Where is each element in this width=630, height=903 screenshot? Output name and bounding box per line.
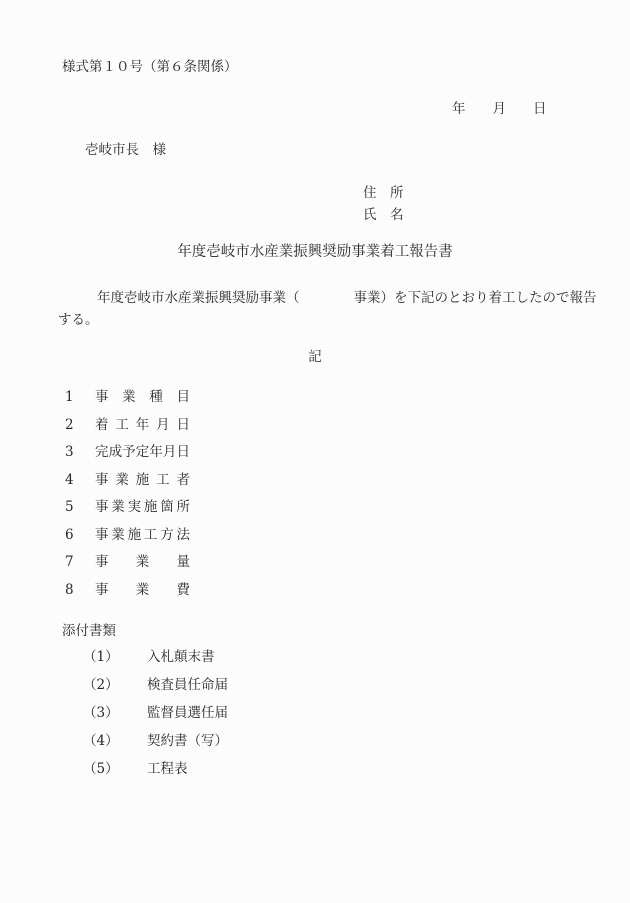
item-label: 事業実施箇所 [95, 498, 190, 516]
document-title: 年度壱岐市水産業振興奨励事業着工報告書 [0, 243, 630, 261]
form-number: 様式第１０号（第６条関係） [62, 58, 238, 76]
attachment-label: 契約書（写） [147, 732, 228, 750]
address-label: 住 所 [363, 184, 404, 202]
attachment-label: 入札顛末書 [147, 648, 215, 666]
document-page: 様式第１０号（第６条関係） 年 月 日 壱岐市長 様 住 所 氏 名 年度壱岐市… [0, 0, 630, 903]
list-item-8: 8事業費 [65, 581, 190, 599]
item-label: 事業種目 [95, 388, 190, 406]
attachment-item-5: （5）工程表 [83, 760, 188, 778]
item-number: 1 [65, 388, 95, 406]
item-label: 完成予定年月日 [95, 443, 190, 461]
attachment-number: （1） [83, 648, 147, 666]
date-line: 年 月 日 [452, 100, 547, 118]
attachment-number: （2） [83, 676, 147, 694]
list-item-6: 6事業施工方法 [65, 526, 190, 544]
attachment-label: 監督員選任届 [147, 704, 228, 722]
item-number: 4 [65, 471, 95, 489]
attachment-item-1: （1）入札顛末書 [83, 648, 215, 666]
item-number: 2 [65, 416, 95, 434]
item-number: 6 [65, 526, 95, 544]
list-item-7: 7事業量 [65, 553, 190, 571]
list-item-3: 3完成予定年月日 [65, 443, 190, 461]
list-item-2: 2着工年月日 [65, 416, 190, 434]
attachment-number: （4） [83, 732, 147, 750]
section-marker-ki: 記 [0, 348, 630, 366]
item-number: 7 [65, 553, 95, 571]
list-item-4: 4事業施工者 [65, 471, 190, 489]
attachment-label: 工程表 [147, 760, 188, 778]
list-item-1: 1事業種目 [65, 388, 190, 406]
list-item-5: 5事業実施箇所 [65, 498, 190, 516]
body-paragraph-line1: 年度壱岐市水産業振興奨励事業（ 事業）を下記のとおり着工したので報告 [97, 289, 597, 307]
attachment-item-3: （3）監督員選任届 [83, 704, 228, 722]
item-number: 3 [65, 443, 95, 461]
attachment-label: 検査員任命届 [147, 676, 228, 694]
attachment-item-4: （4）契約書（写） [83, 732, 228, 750]
attachment-number: （5） [83, 760, 147, 778]
item-label: 事業施工方法 [95, 526, 190, 544]
attachment-number: （3） [83, 704, 147, 722]
item-number: 5 [65, 498, 95, 516]
addressee: 壱岐市長 様 [85, 141, 166, 159]
body-paragraph-line2: する。 [58, 311, 99, 329]
item-label: 事業費 [95, 581, 190, 599]
item-label: 着工年月日 [95, 416, 190, 434]
attachments-title: 添付書類 [62, 622, 116, 640]
item-label: 事業施工者 [95, 471, 190, 489]
item-number: 8 [65, 581, 95, 599]
attachment-item-2: （2）検査員任命届 [83, 676, 228, 694]
item-label: 事業量 [95, 553, 190, 571]
name-label: 氏 名 [363, 206, 404, 224]
